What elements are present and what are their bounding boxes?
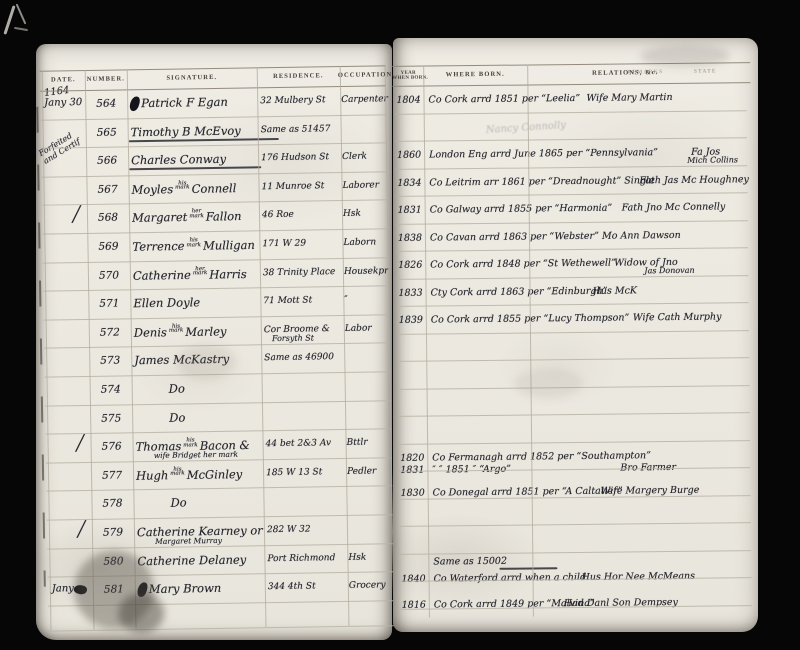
entry-where-born: Same as 15002 [433, 556, 507, 568]
paper-stain [513, 368, 583, 399]
signature-text: Mary Brown [149, 581, 222, 596]
entry-residence: 44 bet 2&3 Av [266, 438, 332, 449]
entry-year-born: 1840 [399, 573, 427, 584]
signature-text: Hugh [136, 468, 168, 483]
bleed-through-ghost-text: Nancy Connolly [486, 120, 567, 136]
entry-year-born: 1804 [394, 95, 422, 106]
ledger-right-page: YEAR WHEN BORN. WHERE BORN. RELATIONS, &… [393, 38, 758, 632]
signature-text: Timothy B McEvoy [131, 123, 241, 139]
entry-residence: 38 Trinity Place [263, 267, 336, 278]
entry-number: 573 [89, 355, 131, 368]
entry-occupation: Pedler [347, 466, 376, 476]
signature-text: Denis [134, 325, 167, 340]
entry-residence: Same as 51457 [261, 124, 331, 135]
signature-text: Charles Conway [131, 152, 226, 167]
entry-residence: 185 W 13 St [266, 467, 322, 478]
entry-year-born: 1838 [396, 232, 424, 243]
signature-text: Fallon [206, 209, 242, 224]
entry-number: 567 [86, 183, 128, 196]
check-slash-mark: ╱ [72, 205, 81, 223]
column-header-residence: RESIDENCE. [257, 72, 340, 80]
left-page-grid [31, 41, 387, 47]
signature-text: Do [170, 496, 186, 510]
signature-text: Harris [209, 267, 247, 282]
rule-line [398, 412, 750, 417]
entry-year-born: 1834 [395, 177, 423, 188]
entry-signature: MargarethermarkFallon [132, 209, 242, 225]
his-her-mark-note: hismark [175, 181, 190, 190]
signature-text: Patrick F Egan [141, 95, 228, 110]
his-her-mark-note: hismark [170, 467, 185, 476]
signature-text: Mulligan [203, 238, 255, 253]
entry-number: 564 [85, 97, 127, 110]
entry-number: 570 [88, 269, 130, 282]
entry-occupation: Hsk [348, 552, 366, 562]
entry-signature: HughhismarkMcGinley [136, 466, 242, 482]
entry-occupation: Labor [345, 323, 372, 333]
column-header-year-born: YEAR WHEN BORN. [392, 71, 424, 81]
entry-residence-line2: Forsyth St [272, 333, 314, 343]
entry-number: 569 [87, 240, 129, 253]
rule-line [40, 85, 386, 91]
entry-occupation: Hsk [343, 209, 361, 219]
entry-residence: 344 4th St [268, 582, 316, 593]
entry-residence: Port Richmond [267, 553, 335, 564]
signature-second-line: wife Bridget her mark [154, 450, 238, 460]
column-header-date: DATE. [42, 76, 85, 84]
entry-where-born: Co Cork arrd 1848 per “St Wethewell” [430, 258, 616, 271]
entry-occupation: Clerk [342, 152, 367, 162]
entry-number: 572 [89, 326, 131, 339]
rule-line [398, 440, 750, 445]
signature-text: Do [169, 410, 185, 424]
entry-year-born: 1826 [396, 260, 424, 271]
entry-signature: Do [169, 381, 185, 395]
signature-text: Marley [185, 324, 226, 339]
entry-occupation: Laborer [342, 180, 379, 191]
entry-occupation: Laborn [343, 237, 376, 248]
entry-relations: Wife Cath Murphy [633, 311, 722, 323]
entry-signature: Do [169, 410, 185, 424]
column-header-number: NUMBER. [85, 75, 127, 83]
entry-relations: Fath Jas Mc Houghney [639, 174, 749, 186]
entry-where-born: Co Galway arrd 1855 per “Harmonia” [430, 203, 613, 216]
right-page-grid [390, 36, 755, 40]
his-her-mark-note: hismark [186, 238, 201, 247]
entry-year-born: 1860 [395, 150, 423, 161]
entry-signature: Catherine Delaney [137, 552, 246, 568]
entry-number: 568 [87, 212, 129, 225]
right-page-rows: 1804Co Cork arrd 1851 per “Leelia”Wife M… [390, 36, 755, 40]
column-header-where-born: WHERE BORN. [423, 70, 527, 78]
entry-relations: Wife Mary Martin [586, 92, 672, 104]
ink-smudge [118, 593, 165, 634]
entry-relations: Fath Jno Mc Connelly [622, 201, 726, 213]
check-slash-mark: ╱ [77, 520, 86, 538]
entry-number: 576 [91, 440, 133, 453]
signature-text: Connell [192, 181, 237, 196]
entry-residence: Same as 46900 [264, 353, 334, 364]
entry-signature: TerrencehismarkMulligan [132, 237, 255, 253]
entry-where-born: Co Waterford arrd when a child [433, 571, 586, 584]
his-her-mark-note: hismark [169, 324, 184, 333]
entry-number: 578 [91, 498, 133, 511]
entry-number: 571 [88, 297, 130, 310]
rule-line [399, 522, 751, 527]
rule-line [397, 357, 749, 362]
entry-residence: 32 Mulbery St [260, 95, 325, 106]
entry-number: 579 [92, 526, 134, 539]
border-scratch [16, 4, 27, 25]
ledger-left-page: DATE. NUMBER. SIGNATURE. RESIDENCE. OCCU… [36, 44, 392, 640]
entry-number: 575 [90, 412, 132, 425]
his-her-mark-note: hismark [183, 438, 198, 447]
entry-occupation: Bttlr [347, 438, 368, 448]
signature-text: Catherine Delaney [137, 552, 246, 568]
entry-residence: 176 Hudson St [261, 152, 329, 163]
signature-text: McGinley [187, 467, 243, 482]
entry-year-born: 1833 [396, 287, 424, 298]
left-page-rows: Jany 30564Patrick F Egan32 Mulbery StCar… [31, 41, 387, 47]
entry-number: 565 [86, 126, 128, 139]
signature-text: Ellen Doyle [133, 295, 200, 310]
entry-date: Jany 30 [44, 97, 82, 109]
ink-blot [129, 95, 141, 112]
signature-second-line: Margaret Murray [155, 536, 222, 546]
signature-text: Margaret [132, 210, 187, 225]
entry-where-born: Co Cork arrd 1851 per “Leelia” [428, 93, 580, 106]
border-scratch [14, 27, 28, 31]
column-header-state-faint: STATE [680, 68, 730, 75]
entry-occupation: Grocery [349, 581, 386, 592]
rule-line [392, 82, 750, 87]
border-scratch [3, 5, 15, 34]
signature-text: Moyles [131, 182, 173, 197]
column-header-signature: SIGNATURE. [127, 73, 257, 82]
scanned-ledger-screenshot: { "left_page": { "page_number_annotation… [0, 0, 800, 650]
entry-relations-line2: Mich Collins [687, 155, 738, 165]
entry-relations-line2: Jas Donovan [644, 266, 694, 276]
entry-year-born: 1831 [396, 205, 424, 216]
signature-text: Do [169, 381, 185, 395]
column-header-occupation: OCCUPATION [338, 71, 386, 79]
entry-signature: Ellen Doyle [133, 295, 200, 310]
entry-relations: Hus McK [592, 285, 637, 296]
entry-signature: Timothy B McEvoy [131, 123, 241, 139]
entry-relations: Hus Hor Nee McMeans [581, 570, 695, 582]
entry-underline [499, 567, 557, 570]
entry-occupation: Housekpr [344, 266, 389, 277]
entry-number: 574 [90, 383, 132, 396]
signature-text: Terrence [132, 239, 184, 254]
entry-date: Jany [52, 583, 74, 594]
his-her-mark-note: hermark [193, 267, 208, 276]
entry-residence: 282 W 32 [267, 525, 311, 536]
paper-stain [640, 44, 730, 67]
rule-line [40, 65, 386, 71]
check-slash-mark: ╱ [75, 434, 84, 452]
column-header-remarks-faint: REMARKS [615, 69, 675, 76]
ledger-row: 1840Co Waterford arrd when a childHus Ho… [395, 569, 760, 597]
entry-residence: 71 Mott St [263, 296, 312, 307]
entry-number: 566 [86, 155, 128, 168]
entry-year-born: 1820 [398, 452, 426, 463]
entry-where-born: Cty Cork arrd 1863 per “Edinburgh” [430, 285, 607, 298]
entry-occupation: ″ [344, 295, 348, 305]
signature-text: Catherine [133, 267, 191, 282]
entry-signature: DenishismarkMarley [134, 324, 227, 340]
entry-residence: 11 Munroe St [261, 181, 324, 192]
entry-residence: 171 W 29 [262, 239, 306, 250]
entry-year-born: 1839 [397, 315, 425, 326]
entry-where-born: Co Leitrim arr 1861 per “Dreadnought” Si… [429, 175, 654, 188]
entry-signature: MoyleshismarkConnell [131, 180, 236, 196]
entry-residence: 46 Roe [262, 210, 294, 220]
entry-where-born: London Eng arrd June 1865 per “Pennsylva… [429, 147, 658, 160]
entry-number: 577 [91, 469, 133, 482]
entry-signature: CatherinehermarkHarris [133, 266, 247, 282]
his-her-mark-note: hermark [189, 210, 204, 219]
entry-relations: Mo Ann Dawson [602, 229, 681, 241]
entry-signature: Do [170, 496, 186, 510]
entry-signature: Patrick F Egan [130, 95, 228, 112]
entry-where-born: Co Cavan arrd 1863 per “Webster” [430, 230, 599, 243]
entry-signature: Charles Conway [131, 152, 226, 167]
entry-occupation: Carpenter [341, 94, 388, 105]
